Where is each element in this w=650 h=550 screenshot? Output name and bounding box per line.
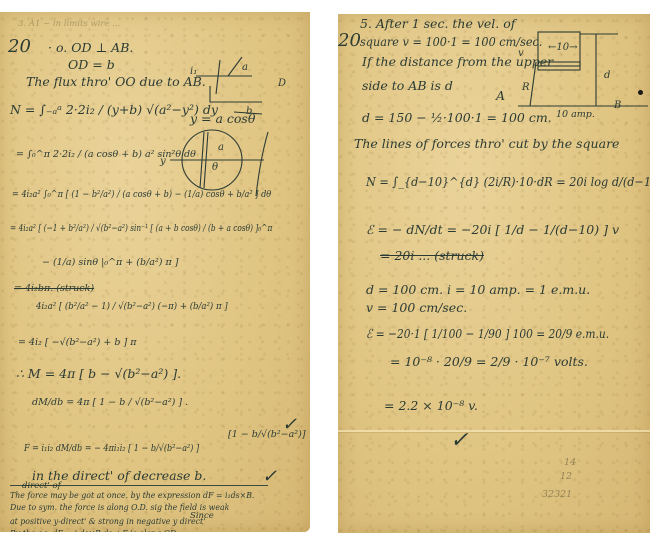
line-9: − (1/a) sinθ |₀^π + (b/a²) π ] [42,258,178,268]
svg-text:θ: θ [212,162,218,173]
checkmark-icon: ✓ [450,430,468,452]
manuscript-page-right: 20 5. After 1 sec. the vel. of square v … [338,14,650,533]
line-20: By the eq. dF = i ds×B ds ∴ F is along O… [10,530,178,532]
line-10: d = 100 cm. i = 10 amp. = 1 e.m.u. [366,284,590,297]
line-9-struck: = 20i ... (struck) [380,250,484,263]
line-4: side to AB is d [362,80,453,93]
pencil-note: 12 [560,472,572,482]
svg-text:b: b [246,106,252,117]
line-11: 4i₂a² [ (b²/a² − 1) / √(b²−a²) (−π) + (b… [36,302,228,312]
faded-note: 3. A1 ~ in limits wire ... [18,20,120,29]
line-2: square v = 100·1 = 100 cm/sec. [360,36,542,49]
svg-text:a: a [218,142,224,153]
pencil-note: 32321 [542,490,572,500]
page-number: 20 [338,32,361,50]
line-2: OD = b [68,59,115,72]
checkmark-icon: ✓ [282,416,297,434]
pencil-note: 14 [564,458,576,468]
svg-text:i₁: i₁ [190,66,197,77]
struck-word: direct' of [22,482,61,491]
svg-text:v: v [518,48,524,59]
svg-text:d: d [604,70,610,81]
ink-dot [638,90,643,95]
line-11: v = 100 cm/sec. [366,302,467,315]
line-14: dM/db = 4π [ 1 − b / √(b²−a²) ] . [32,398,188,408]
line-14: = 2.2 × 10⁻⁸ v. [384,400,478,413]
line-12: = 4i₂ [ −√(b²−a²) + b ] π [18,338,136,348]
square-loop-diagram: v ←10→ d R B [518,24,648,114]
line-13: ∴ M = 4π [ b − √(b²−a²) ]. [16,368,181,381]
line-17: The force may be got at once. by the exp… [10,492,254,501]
line-1: 5. After 1 sec. the vel. of [360,18,515,31]
svg-text:y: y [159,156,166,167]
line-19: at positive y-direct' & strong in negati… [10,518,205,527]
manuscript-page-left: 3. A1 ~ in limits wire ... 20 · o. OD ⊥ … [0,12,310,532]
line-7: N = ∫_{d−10}^{d} (2i/R)·10·dR = 20i log … [366,176,650,189]
line-8: ℰ = − dN/dt = −20i [ 1/d − 1/(d−10) ] v [366,224,619,237]
line-1: · o. OD ⊥ AB. [48,42,133,55]
line-10-struck: = 4i₂bπ. (struck) [14,284,94,294]
checkmark-icon: ✓ [262,468,277,486]
line-15: F = i₁i₂ dM/db = − 4πi₁i₂ [ 1 − b/√(b²−a… [24,444,199,454]
line-13: = 10⁻⁸ · 20/9 = 2/9 · 10⁻⁷ volts. [390,356,588,369]
paper-fold [338,430,650,432]
svg-text:R: R [521,82,530,93]
svg-text:B: B [613,100,621,111]
label-A: A [496,90,505,103]
page-number: 20 [8,38,31,56]
line-8: = 4i₂a² [ (−1 + b²/a²) / √(b²−a²) sin⁻¹ … [10,224,272,234]
circle-diagram: y a θ [160,130,280,200]
wire-diagram: i₁ a D b [190,52,290,122]
svg-text:D: D [277,78,286,89]
line-4: N = ∫₋ₐᵃ 2·2i₂ / (y+b) √(a²−y²) dy [10,104,218,117]
line-6: The lines of forces thro' cut by the squ… [354,138,619,151]
label-current: 10 amp. [556,110,595,120]
line-3: The flux thro' OO due to AB. [26,76,206,89]
line-12: ℰ = −20·1 [ 1/100 − 1/90 ] 100 = 20/9 e.… [366,328,609,341]
svg-text:a: a [242,62,248,73]
svg-text:←10→: ←10→ [548,42,578,53]
